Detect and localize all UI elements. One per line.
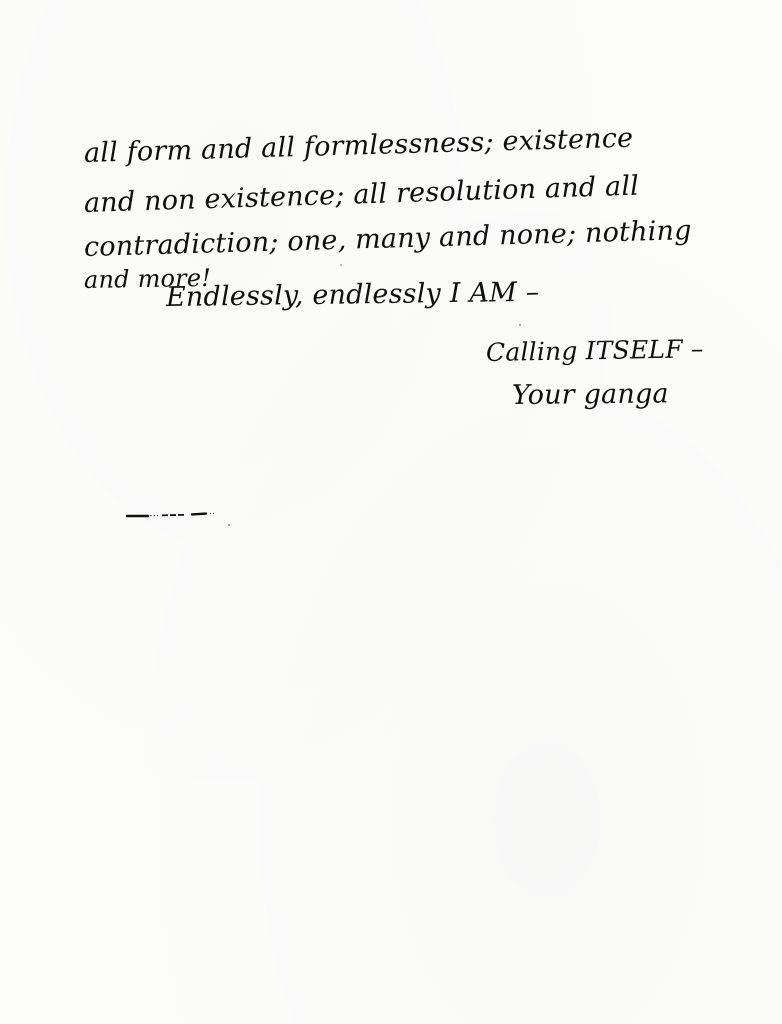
handwritten-line-3: contradiction; one, many and none; nothi… xyxy=(84,215,692,263)
closing-line: Calling ITSELF – xyxy=(486,334,704,367)
handwritten-line-1: all form and all formlessness; existence xyxy=(84,123,634,169)
ink-speck xyxy=(519,324,521,326)
handwritten-line-5: Endlessly, endlessly I AM – xyxy=(166,277,540,313)
ink-stroke-mark xyxy=(126,512,226,518)
handwritten-line-2: and non existence; all resolution and al… xyxy=(84,171,640,219)
ink-speck xyxy=(340,264,342,266)
ink-speck xyxy=(228,524,230,526)
signature: Your ganga xyxy=(512,378,669,411)
scanned-page: all form and all formlessness; existence… xyxy=(0,0,782,1024)
